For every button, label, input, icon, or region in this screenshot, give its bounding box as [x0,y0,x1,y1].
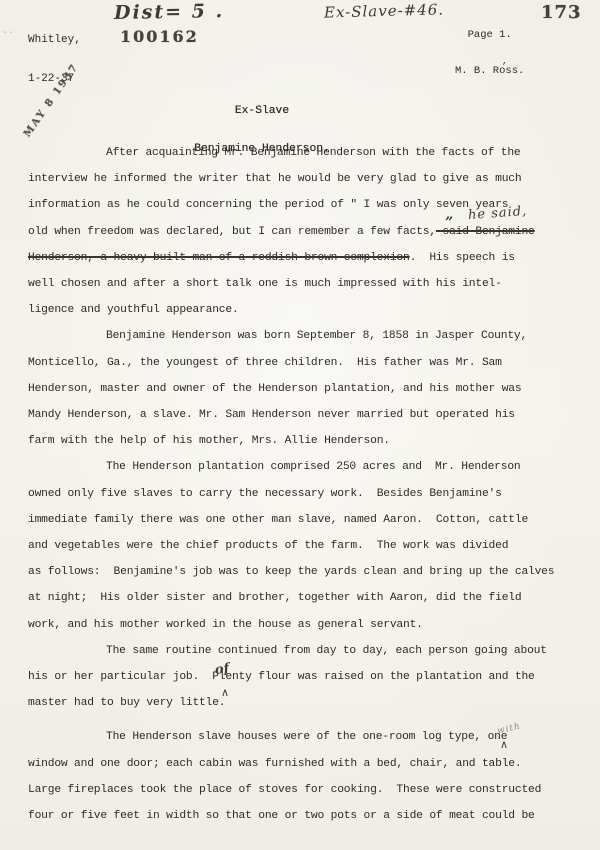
body-line: well chosen and after a short talk one i… [28,271,588,297]
body-text-segment: . His speech is [410,252,515,264]
body-line: at night; His older sister and brother, … [28,585,588,611]
serial-number-stamp: 100162 [120,27,199,46]
interviewer-name: M. B. Ross. [455,65,524,77]
struck-out-text: Henderson, a heavy built man of a reddis… [28,252,410,264]
scan-edge-smudge: -· [2,28,14,39]
body-line: four or five feet in width so that one o… [28,803,588,829]
body-line: immediate family there was one other man… [28,507,588,533]
insertion-caret-mark: ∧ [221,686,229,699]
title-line-1: Ex-Slave [0,105,524,118]
body-line: Henderson, master and owner of the Hende… [28,376,588,402]
stray-pen-mark: ’ [502,60,506,74]
body-line: Benjamine Henderson was born September 8… [28,323,588,349]
body-line: old when freedom was declared, but I can… [28,219,588,245]
scanned-document-page: Whitley, 1-22-37 Dist= 5 . 100162 Ex-Sla… [0,0,600,850]
district-handwritten-note: Dist= 5 . [114,0,225,24]
folio-number-stamp: 173 [541,2,582,23]
body-line: Mandy Henderson, a slave. Mr. Sam Hender… [28,402,588,428]
body-line: work, and his mother worked in the house… [28,612,588,638]
body-line: Monticello, Ga., the youngest of three c… [28,350,588,376]
author-name: Whitley, [28,34,81,47]
body-line: as follows: Benjamine's job was to keep … [28,559,588,585]
body-text-segment: old when freedom was declared, but I can… [28,226,436,238]
handwritten-of-insertion: of [214,661,230,678]
handwritten-quote-mark: ” [445,215,453,231]
exslave-number-handwritten: Ex-Slave-#46. [324,0,445,21]
body-line: The Henderson plantation comprised 250 a… [28,454,588,480]
body-line: After acquainting Mr. Benjamine Henderso… [28,140,588,166]
body-line: and vegetables were the chief products o… [28,533,588,559]
body-line: window and one door; each cabin was furn… [28,751,588,777]
body-line: farm with the help of his mother, Mrs. A… [28,428,588,454]
body-line: his or her particular job. Plenty flour … [28,664,588,690]
body-line: Henderson, a heavy built man of a reddis… [28,245,588,271]
body-line: The same routine continued from day to d… [28,638,588,664]
page-number-label: Page 1. [455,29,524,41]
body-line: owned only five slaves to carry the nece… [28,481,588,507]
insertion-caret-mark: ∧ [500,738,508,751]
body-line: interview he informed the writer that he… [28,166,588,192]
body-line: master had to buy very little. [28,690,588,716]
body-line: ligence and youthful appearance. [28,297,588,323]
body-line: Large fireplaces took the place of stove… [28,777,588,803]
